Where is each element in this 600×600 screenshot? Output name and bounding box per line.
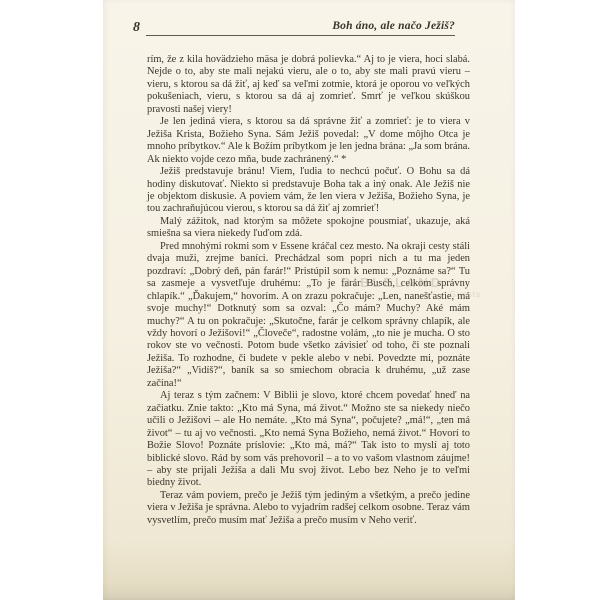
page-header: 8 Boh áno, ale načo Ježiš? [133, 16, 455, 36]
paragraph: Ježiš predstavuje bránu! Viem, ľudia to … [147, 166, 470, 216]
paragraph: Malý zážitok, nad ktorým sa môžete spoko… [147, 216, 470, 241]
paragraph: Teraz vám poviem, prečo je Ježiš tým jed… [147, 490, 470, 527]
paragraph: Je len jediná viera, s ktorou sa dá sprá… [147, 116, 470, 166]
paragraph: Aj teraz s tým začnem: V Biblii je slovo… [147, 390, 470, 490]
running-title: Boh áno, ale načo Ježiš? [332, 20, 455, 32]
body-text: rím, že z kila hovädzieho mäsa je dobrá … [147, 54, 470, 527]
header-rule: Boh áno, ale načo Ježiš? [146, 16, 455, 36]
paragraph: Pred mnohými rokmi som v Essene kráčal c… [147, 241, 470, 390]
page-number: 8 [133, 20, 146, 36]
paragraph: rím, že z kila hovädzieho mäsa je dobrá … [147, 54, 470, 116]
book-page: 8 Boh áno, ale načo Ježiš? rím, že z kil… [103, 0, 515, 600]
